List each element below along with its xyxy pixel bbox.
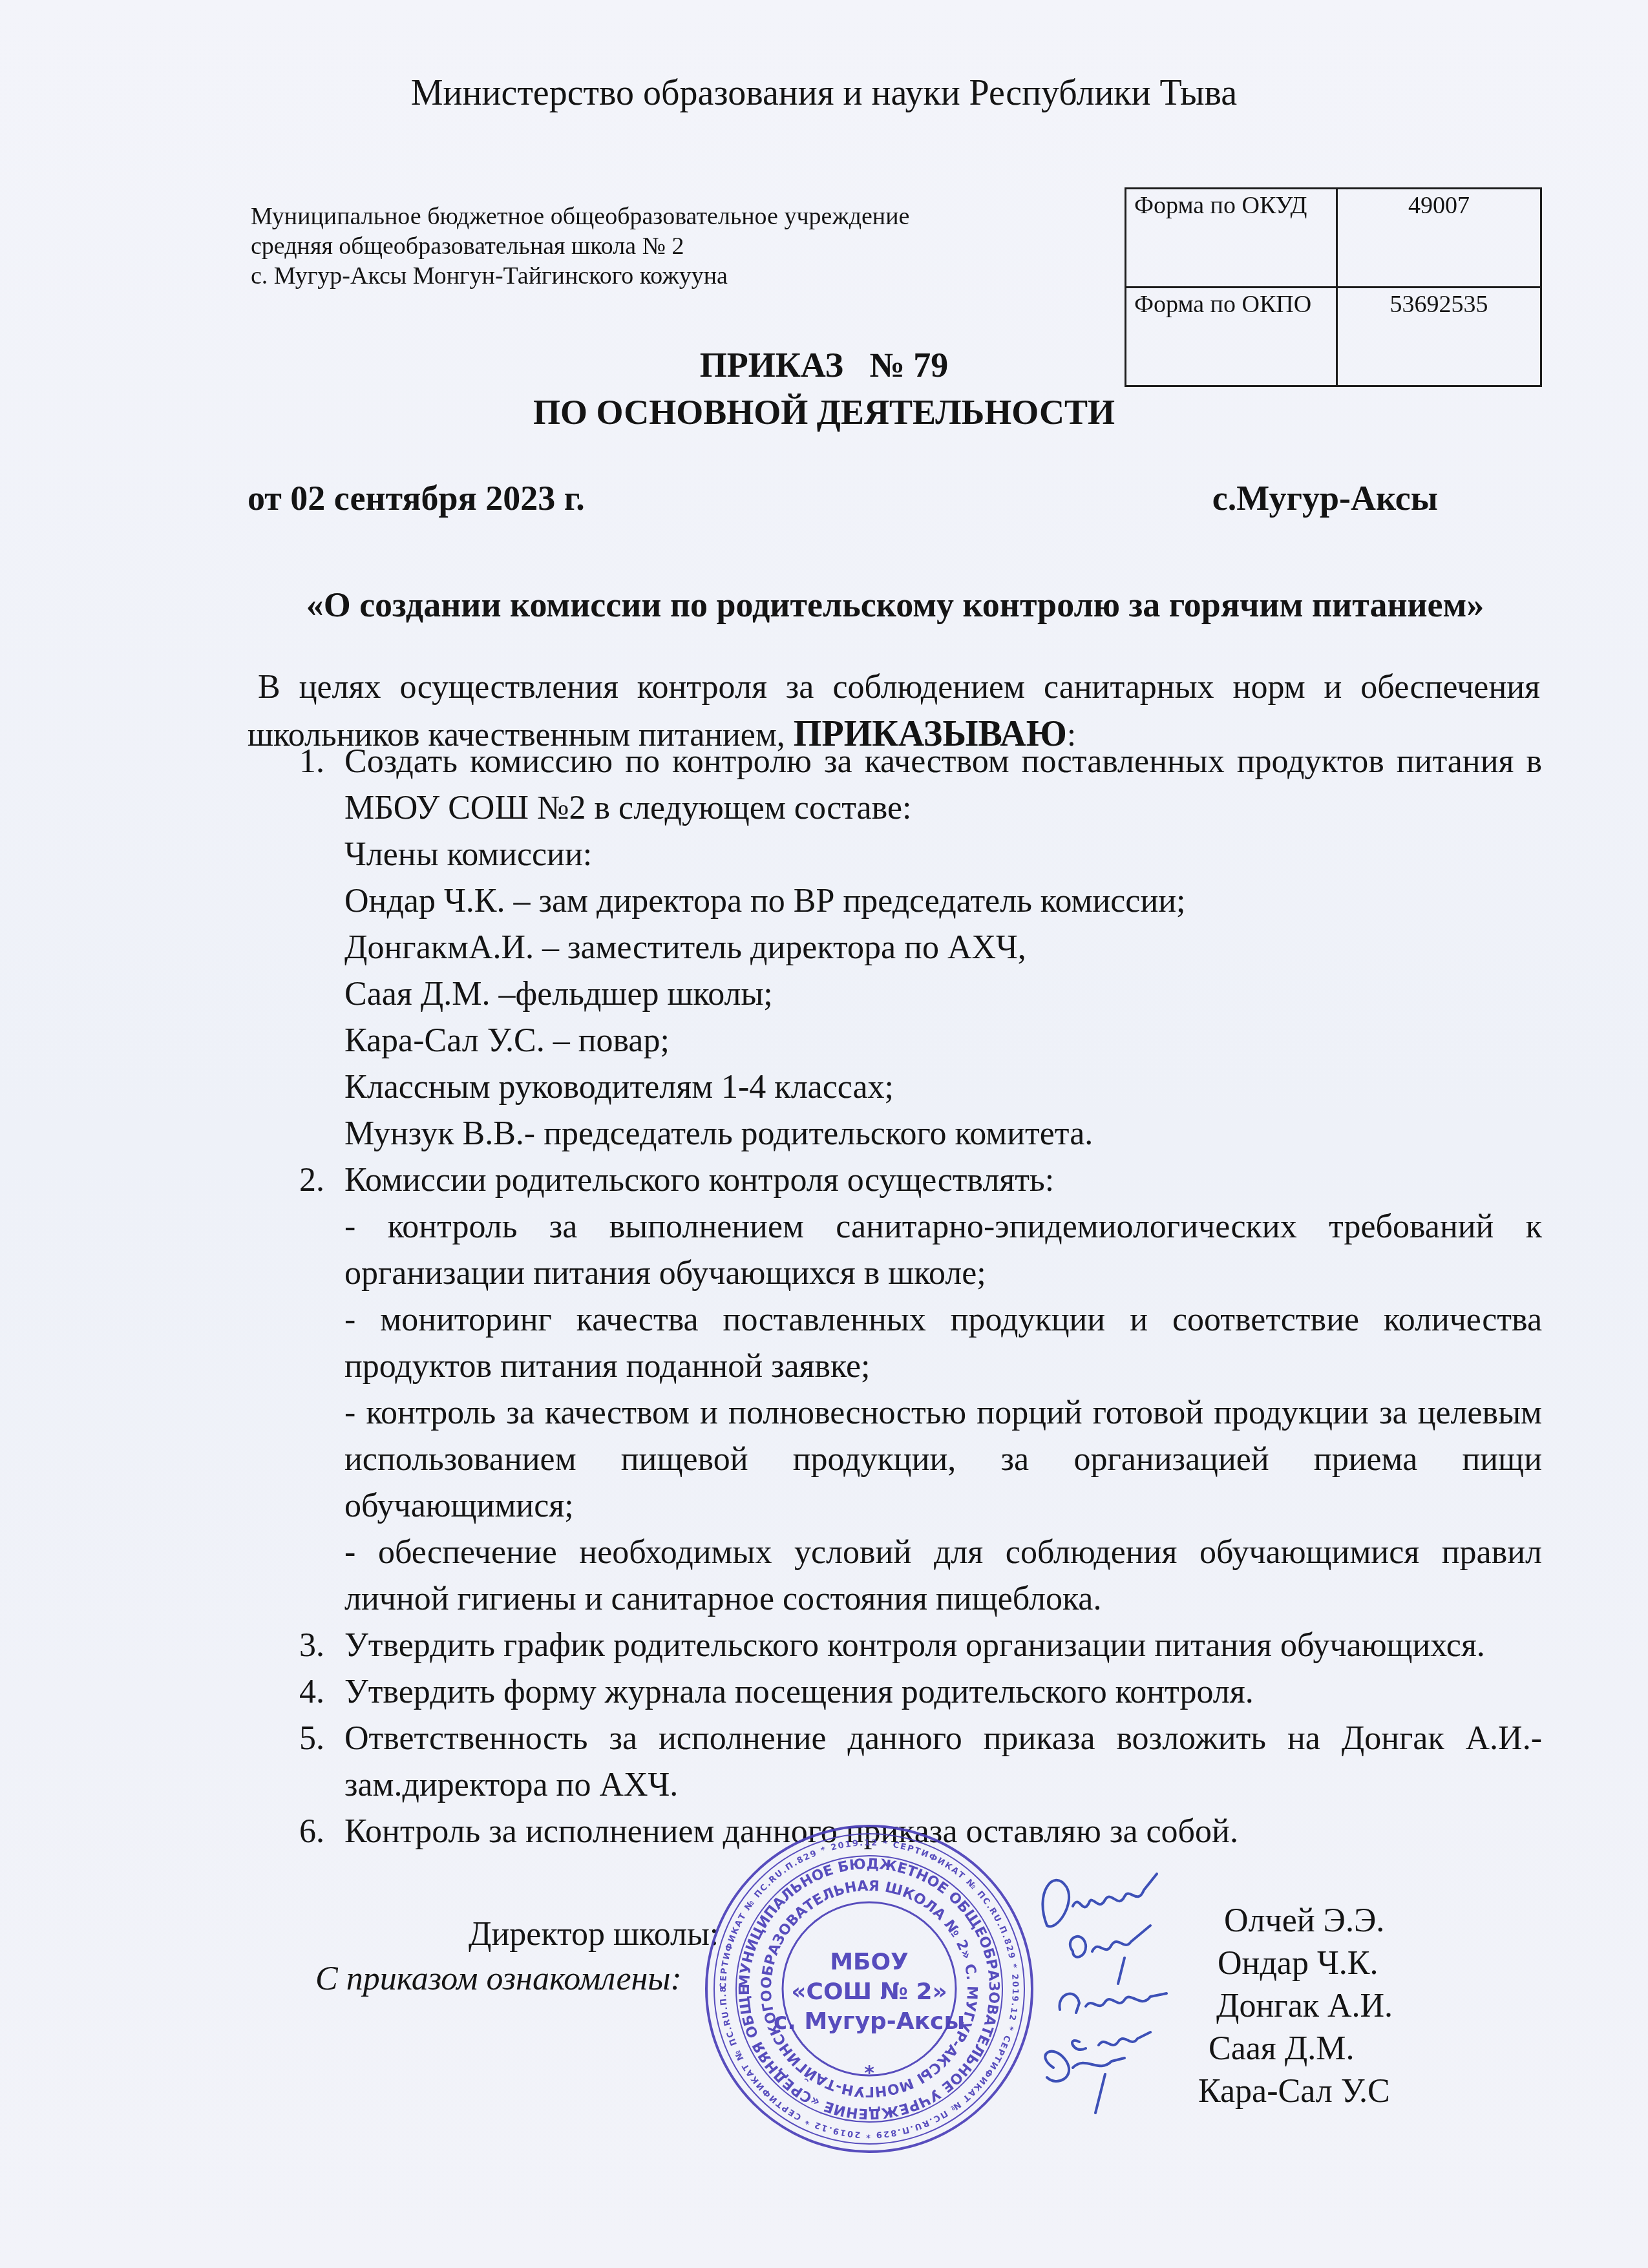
- member: Кара-Сал У.С. – повар;: [344, 1018, 1542, 1064]
- order-subject: «О создании комиссии по родительскому ко…: [246, 585, 1545, 625]
- okud-value: 49007: [1337, 189, 1541, 288]
- director-label: Директор школы:: [469, 1911, 719, 1958]
- list-item: 4. Утвердить форму журнала посещения род…: [290, 1669, 1542, 1716]
- order-subtitle: ПО ОСНОВНОЙ ДЕЯТЕЛЬНОСТИ: [0, 390, 1648, 435]
- okud-label: Форма по ОКУД: [1126, 189, 1337, 288]
- organization-line: Муниципальное бюджетное общеобразователь…: [251, 202, 909, 231]
- document-page: Министерство образования и науки Республ…: [0, 0, 1648, 2268]
- order-date: от 02 сентября 2023 г.: [248, 478, 585, 518]
- svg-text:*: *: [864, 2062, 874, 2084]
- item-number: 5.: [290, 1716, 344, 1809]
- stamp-line: «СОШ № 2»: [791, 1979, 947, 2005]
- table-row: Форма по ОКУД 49007: [1126, 189, 1541, 288]
- handwritten-signatures-icon: [1028, 1854, 1234, 2139]
- stamp-line: МБОУ: [830, 1949, 909, 1975]
- order-place: с.Мугур-Аксы: [1212, 478, 1438, 518]
- item-text: Ответственность за исполнение данного пр…: [344, 1716, 1542, 1809]
- order-title: ПРИКАЗ № 79: [0, 342, 1648, 388]
- item-text: Утвердить график родительского контроля …: [344, 1622, 1542, 1669]
- signatories-list: Олчей Э.Э. Ондар Ч.К. Донгак А.И. Саая Д…: [1209, 1900, 1393, 2113]
- item-number: 2.: [290, 1157, 344, 1622]
- member: Классным руководителям 1-4 классах;: [344, 1064, 1542, 1111]
- organization-block: Муниципальное бюджетное общеобразователь…: [251, 202, 909, 291]
- duty: - мониторинг качества поставленных проду…: [344, 1297, 1542, 1390]
- item-text: Создать комиссию по контролю за качество…: [344, 739, 1542, 832]
- duty: - контроль за качеством и полновесностью…: [344, 1390, 1542, 1529]
- item-number: 6.: [290, 1809, 344, 1855]
- item-number: 3.: [290, 1622, 344, 1669]
- acknowledged-label: С приказом ознакомлены:: [315, 1960, 682, 1998]
- official-stamp-icon: СЕРТИФИКАТ № ПС.RU.П.829 * 2019.12 * СЕР…: [701, 1821, 1037, 2157]
- organization-line: с. Мугур-Аксы Монгун-Тайгинского кожууна: [251, 261, 909, 291]
- order-number: ПРИКАЗ № 79: [700, 346, 949, 384]
- order-items-list: 1. Создать комиссию по контролю за качес…: [290, 739, 1542, 1855]
- organization-line: средняя общеобразовательная школа № 2: [251, 231, 909, 261]
- list-item: 2. Комиссии родительского контроля осуще…: [290, 1157, 1542, 1622]
- item-text: Комиссии родительского контроля осуществ…: [344, 1157, 1542, 1204]
- list-item: 5. Ответственность за исполнение данного…: [290, 1716, 1542, 1809]
- item-text: Утвердить форму журнала посещения родите…: [344, 1669, 1542, 1716]
- duty: - обеспечение необходимых условий для со…: [344, 1529, 1542, 1622]
- item-number: 4.: [290, 1669, 344, 1716]
- duty: - контроль за выполнением санитарно-эпид…: [344, 1204, 1542, 1297]
- signatory-name: Олчей Э.Э.: [1209, 1900, 1393, 1942]
- signatory-name: Саая Д.М.: [1209, 2028, 1393, 2070]
- signatory-name: Донгак А.И.: [1209, 1985, 1393, 2028]
- member: Саая Д.М. –фельдшер школы;: [344, 971, 1542, 1018]
- list-item: 1. Создать комиссию по контролю за качес…: [290, 739, 1542, 1157]
- list-item: 3. Утвердить график родительского контро…: [290, 1622, 1542, 1669]
- stamp-line: с. Мугур-Аксы: [774, 2008, 965, 2035]
- ministry-heading: Министерство образования и науки Республ…: [0, 72, 1648, 114]
- members-heading: Члены комиссии:: [344, 832, 1542, 878]
- signatory-name: Ондар Ч.К.: [1209, 1942, 1393, 1985]
- member: Ондар Ч.К. – зам директора по ВР председ…: [344, 878, 1542, 925]
- member: ДонгакмА.И. – заместитель директора по А…: [344, 925, 1542, 971]
- member: Мунзук В.В.- председатель родительского …: [344, 1111, 1542, 1157]
- item-number: 1.: [290, 739, 344, 1157]
